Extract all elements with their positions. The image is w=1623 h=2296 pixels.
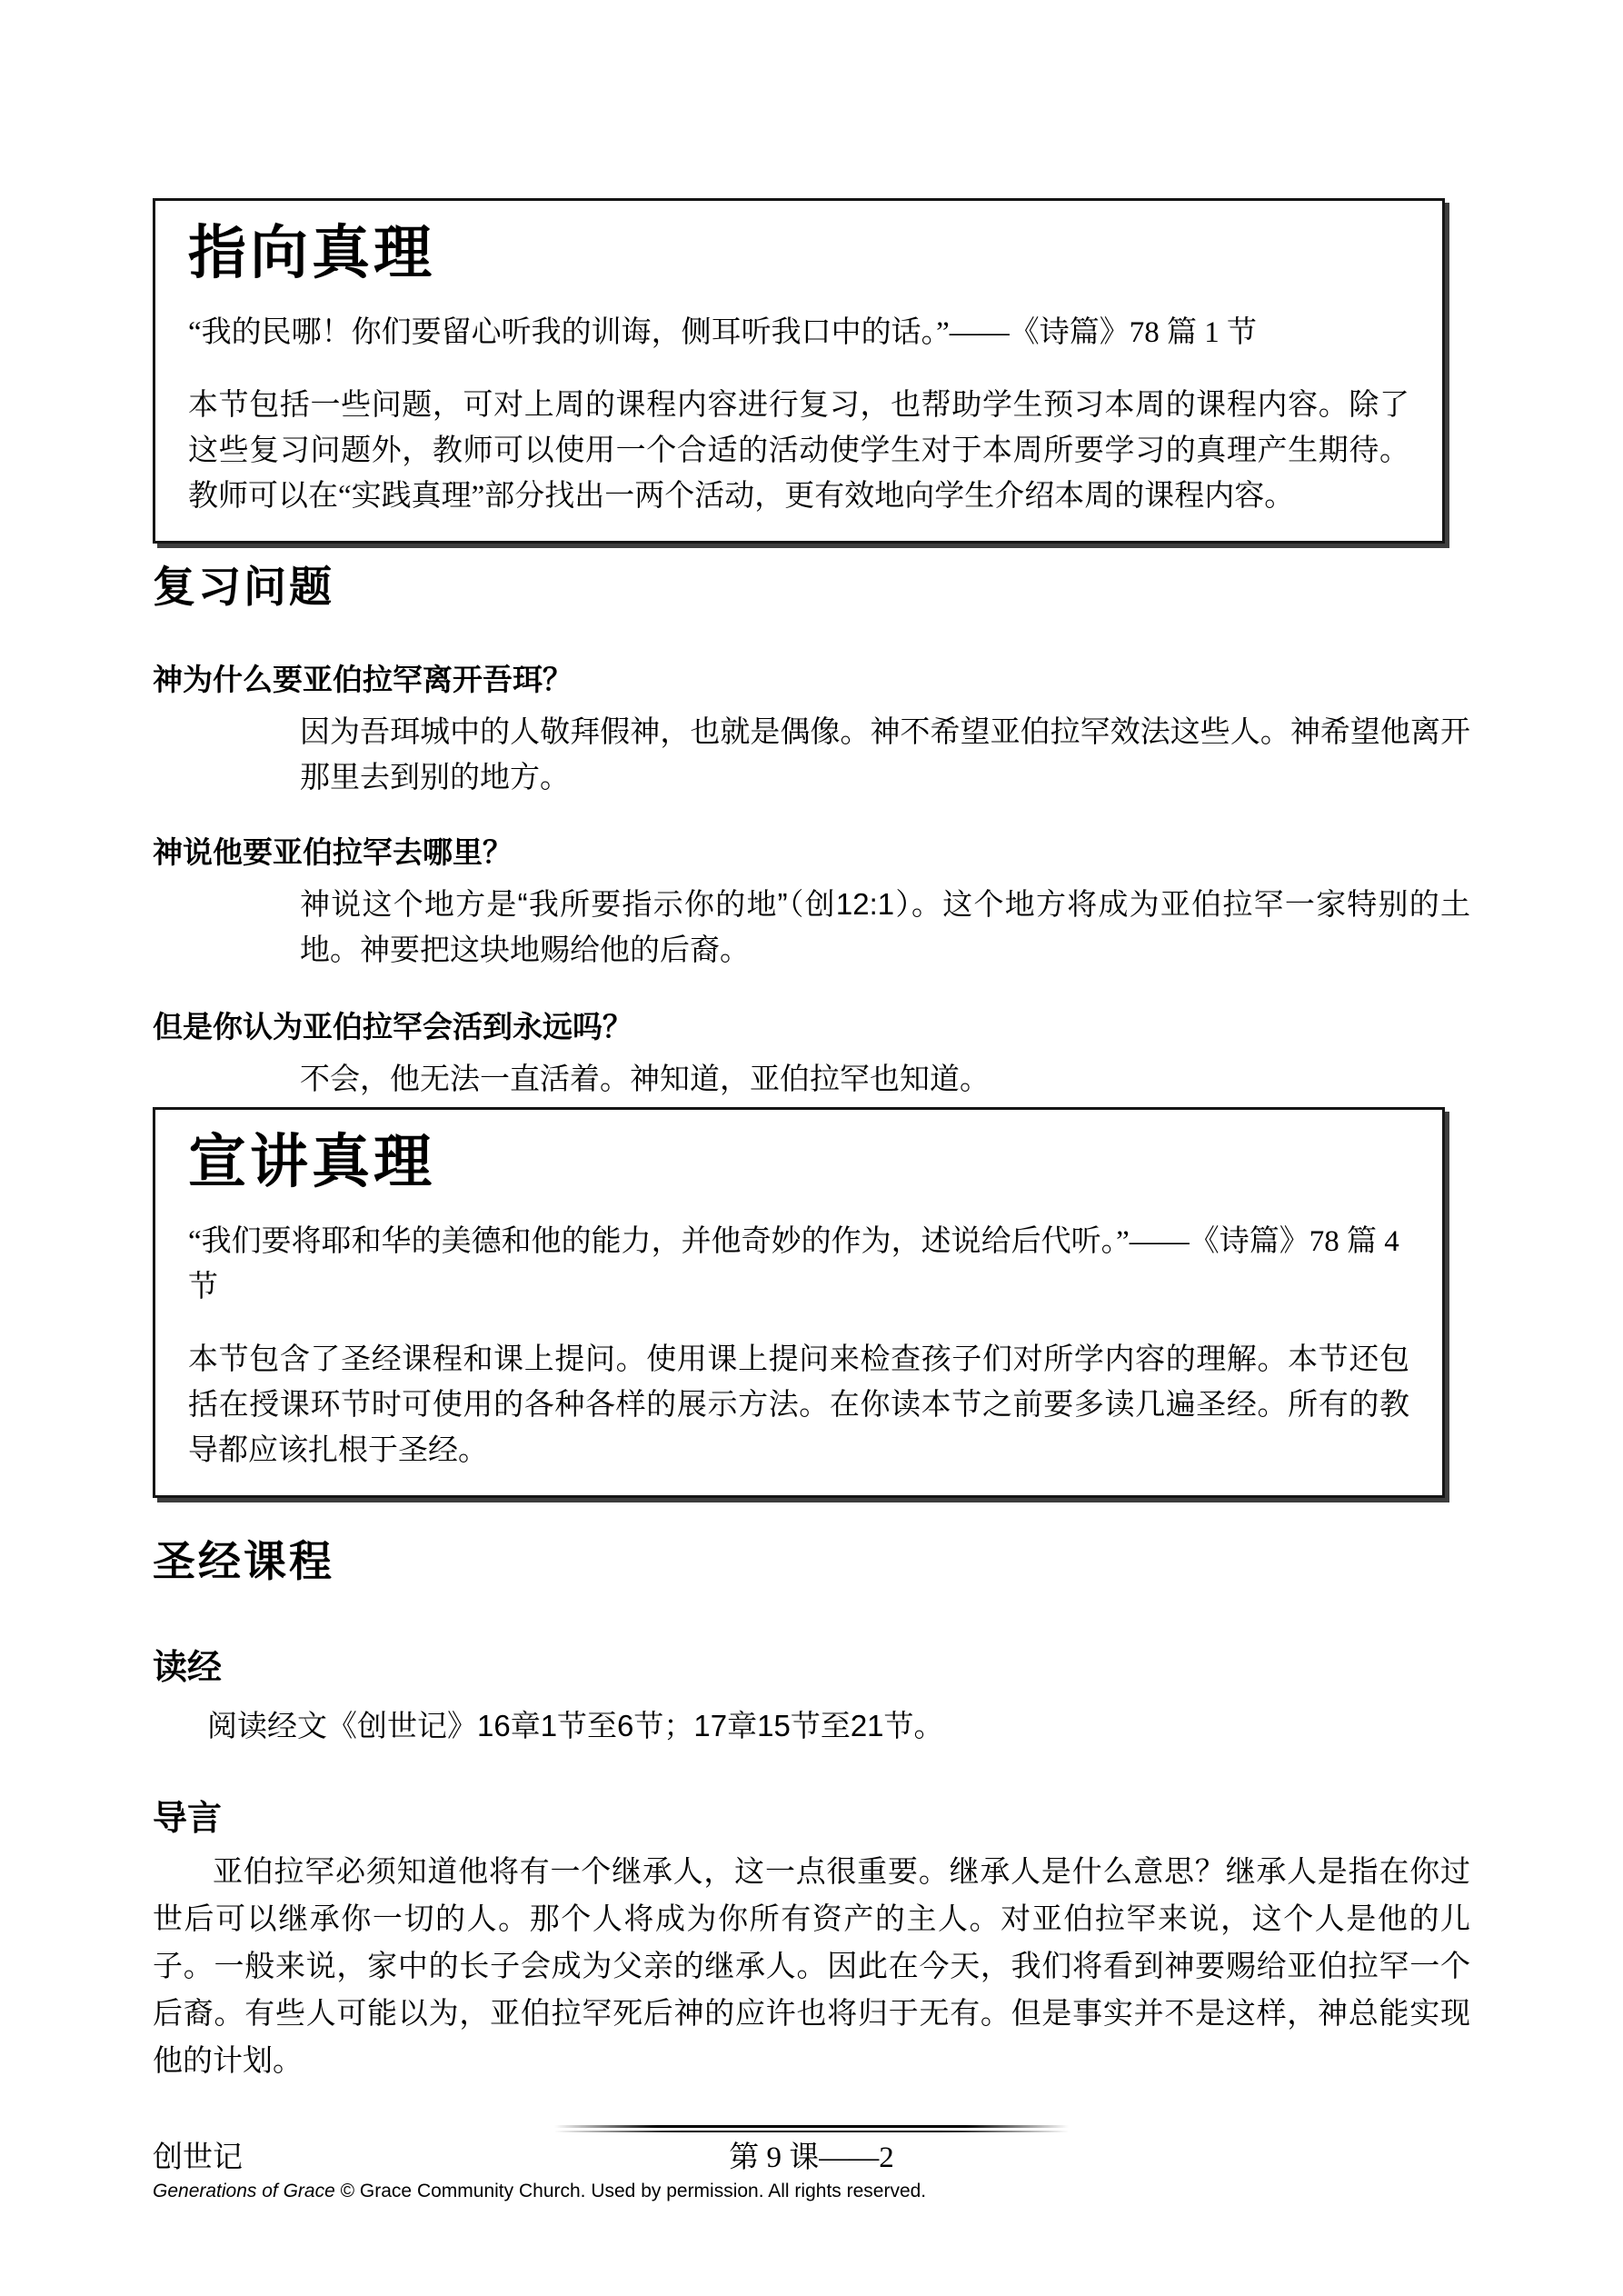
footer-page-number: 第 9 课——2 — [729, 2138, 894, 2178]
proclaim-truth-description: 本节包含了圣经课程和课上提问。使用课上提问来检查孩子们对所学内容的理解。本节还包… — [188, 1337, 1409, 1473]
review-questions-heading: 复习问题 — [153, 562, 1470, 614]
footer-book-title: 创世记 — [153, 2138, 243, 2178]
point-to-truth-verse: “我的民哪！你们要留心听我的训诲，侧耳听我口中的话。”——《诗篇》78 篇 1 … — [188, 310, 1409, 355]
point-to-truth-description: 本节包括一些问题，可对上周的课程内容进行复习，也帮助学生预习本周的课程内容。除了… — [188, 383, 1409, 519]
review-answer: 神说这个地方是“我所要指示你的地”（创12:1）。这个地方将成为亚伯拉罕一家特别… — [300, 882, 1470, 973]
review-qa-item: 神为什么要亚伯拉罕离开吾珥？ 因为吾珥城中的人敬拜假神，也就是偶像。神不希望亚伯… — [153, 662, 1470, 800]
introduction-heading: 导言 — [153, 1798, 1470, 1840]
review-question: 神为什么要亚伯拉罕离开吾珥？ — [153, 662, 1470, 698]
scripture-reading-heading: 读经 — [153, 1647, 1470, 1689]
review-question: 但是你认为亚伯拉罕会活到永远吗？ — [153, 1009, 1470, 1045]
proclaim-truth-title: 宣讲真理 — [188, 1126, 1409, 1199]
document-page: 指向真理 “我的民哪！你们要留心听我的训诲，侧耳听我口中的话。”——《诗篇》78… — [0, 0, 1623, 2296]
review-answer: 不会，他无法一直活着。神知道，亚伯拉罕也知道。 — [300, 1056, 1470, 1102]
proclaim-truth-box: 宣讲真理 “我们要将耶和华的美德和他的能力，并他奇妙的作为，述说给后代听。”——… — [153, 1107, 1445, 1498]
review-question: 神说他要亚伯拉罕去哪里？ — [153, 834, 1470, 871]
review-qa-item: 但是你认为亚伯拉罕会活到永远吗？ 不会，他无法一直活着。神知道，亚伯拉罕也知道。 — [153, 1009, 1470, 1102]
copyright-line: Generations of Grace © Grace Community C… — [153, 2180, 926, 2203]
footer-divider — [554, 2125, 1069, 2133]
point-to-truth-title: 指向真理 — [188, 217, 1409, 290]
proclaim-truth-verse: “我们要将耶和华的美德和他的能力，并他奇妙的作为，述说给后代听。”——《诗篇》7… — [188, 1219, 1409, 1310]
review-qa-item: 神说他要亚伯拉罕去哪里？ 神说这个地方是“我所要指示你的地”（创12:1）。这个… — [153, 834, 1470, 973]
copyright-text: © Grace Community Church. Used by permis… — [335, 2181, 926, 2201]
scripture-reading-text: 阅读经文《创世记》16章1节至6节；17章15节至21节。 — [207, 1703, 1525, 1749]
footer: 创世记 第 9 课——2 — [153, 2138, 1470, 2178]
introduction-text: 亚伯拉罕必须知道他将有一个继承人，这一点很重要。继承人是什么意思？继承人是指在你… — [153, 1849, 1470, 2085]
point-to-truth-box: 指向真理 “我的民哪！你们要留心听我的训诲，侧耳听我口中的话。”——《诗篇》78… — [153, 198, 1445, 544]
bible-lesson-heading: 圣经课程 — [153, 1536, 1470, 1589]
copyright-work-title: Generations of Grace — [153, 2181, 335, 2201]
review-answer: 因为吾珥城中的人敬拜假神，也就是偶像。神不希望亚伯拉罕效法这些人。神希望他离开那… — [300, 709, 1470, 800]
